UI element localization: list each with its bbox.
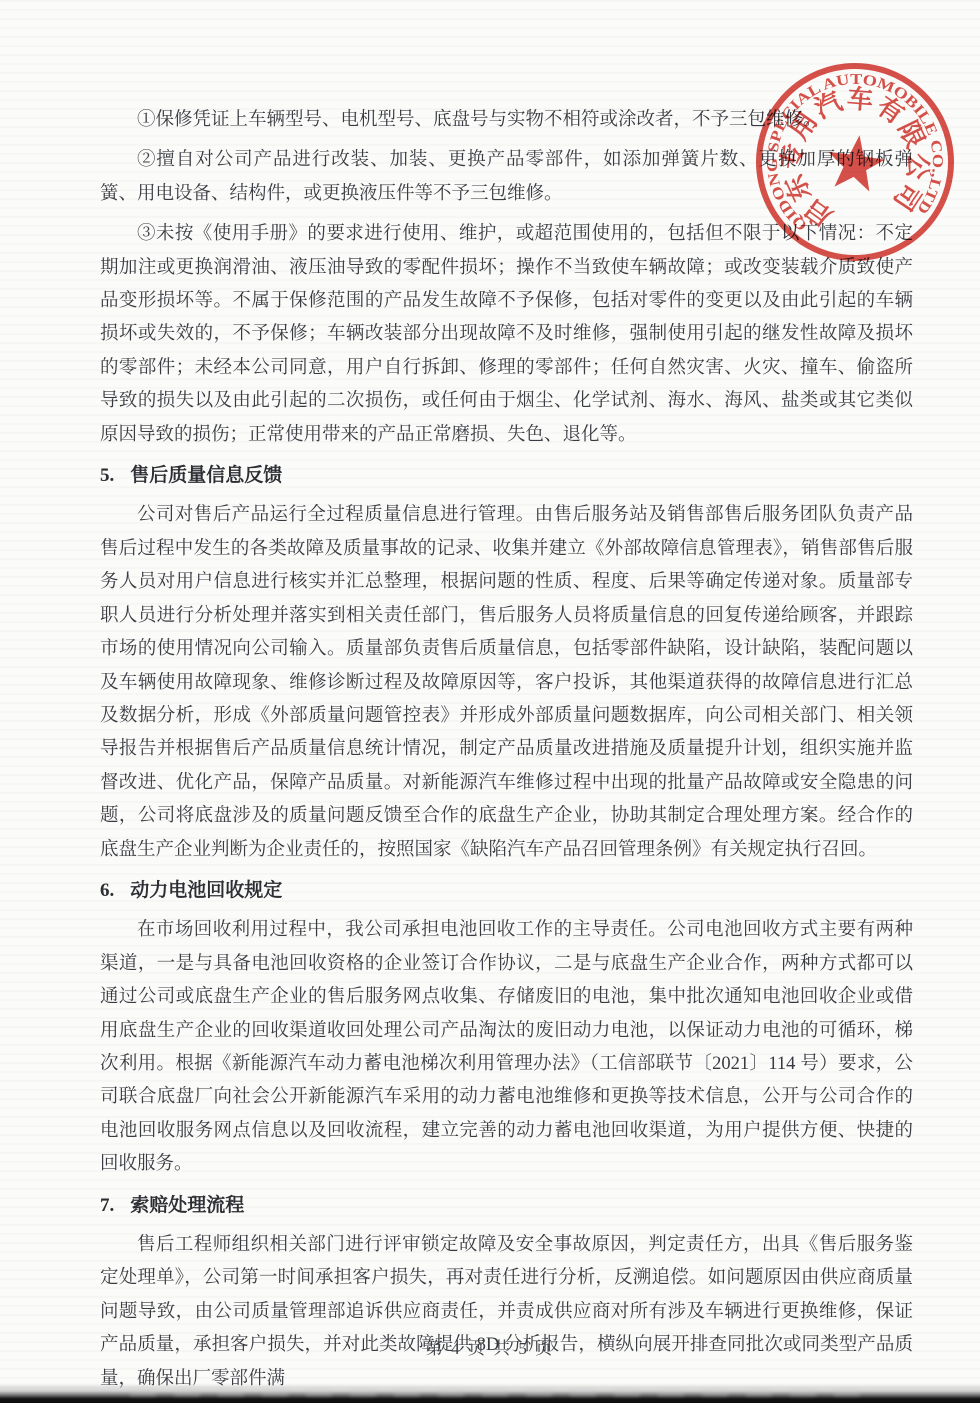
- company-seal-stamp: QIDONG SPECIAL AUTOMOBILE CO.,LTD 启东专用汽车…: [740, 47, 971, 278]
- paragraph: 售后工程师组织相关部门进行评审锁定故障及安全事故原因，判定责任方，出具《售后服务…: [100, 1229, 913, 1396]
- star-icon: [827, 133, 888, 195]
- page-footer: 第 4 页 共 5 页: [0, 1334, 980, 1359]
- paragraph: 在市场回收利用过程中，我公司承担电池回收工作的主导责任。公司电池回收方式主要有两…: [100, 914, 913, 1181]
- section-heading: 5.售后质量信息反馈: [100, 459, 913, 492]
- section-number: 5.: [100, 465, 114, 486]
- section-number: 7.: [100, 1195, 114, 1216]
- document-page: ①保修凭证上车辆型号、电机型号、底盘号与实物不相符或涂改者，不予三包维修。②擅自…: [0, 0, 980, 1403]
- scan-edge-shadow: [0, 1383, 980, 1403]
- section-title: 动力电池回收规定: [130, 880, 282, 901]
- section-heading: 6.动力电池回收规定: [100, 874, 913, 907]
- scan-ghost-marks: [130, 1390, 870, 1396]
- section-number: 6.: [100, 880, 114, 901]
- paragraph: 公司对售后产品运行全过程质量信息进行管理。由售后服务站及销售部售后服务团队负责产…: [100, 499, 913, 866]
- document-body: ①保修凭证上车辆型号、电机型号、底盘号与实物不相符或涂改者，不予三包维修。②擅自…: [100, 104, 913, 1403]
- section-title: 售后质量信息反馈: [130, 465, 282, 486]
- section-title: 索赔处理流程: [130, 1195, 244, 1216]
- section-heading: 7.索赔处理流程: [100, 1189, 913, 1222]
